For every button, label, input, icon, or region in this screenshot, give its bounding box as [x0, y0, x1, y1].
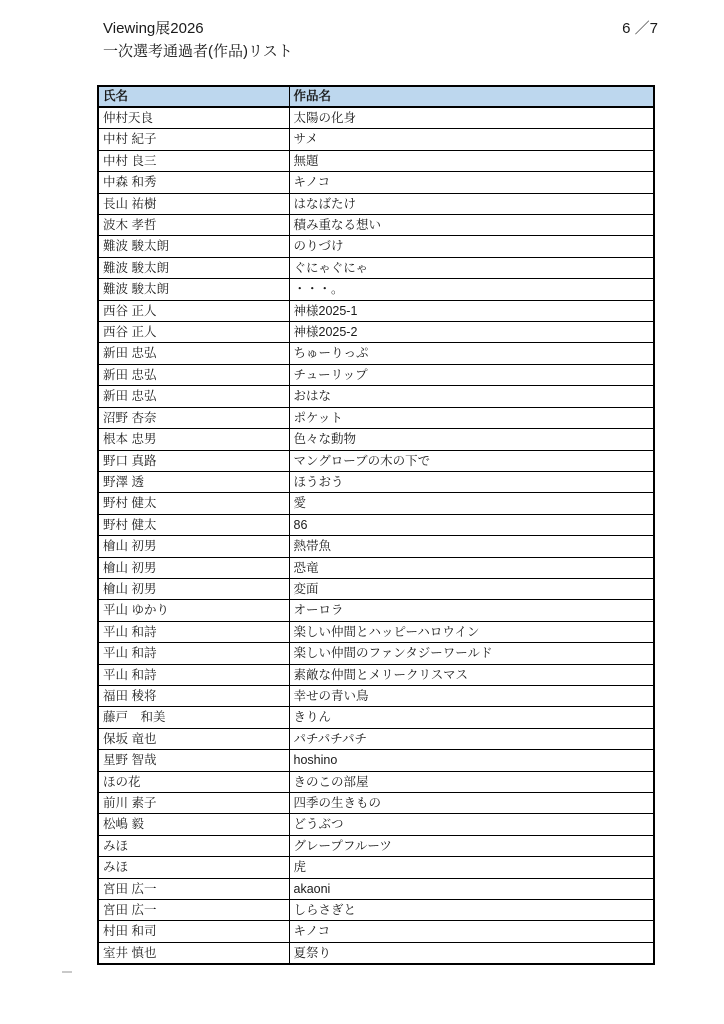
table-row: 難波 駿太朗 ぐにゃぐにゃ: [98, 257, 654, 278]
work-title-cell: しらさぎと: [289, 900, 654, 921]
work-title-cell: パチパチパチ: [289, 728, 654, 749]
table-row: 藤戸 和美 きりん: [98, 707, 654, 728]
table-row: 中村 紀子 サメ: [98, 129, 654, 150]
applicant-name-cell: 松嶋 毅: [98, 814, 289, 835]
work-title-cell: マングローブの木の下で: [289, 450, 654, 471]
work-title-cell: 変面: [289, 578, 654, 599]
table-row: 西谷 正人 神様2025-2: [98, 322, 654, 343]
work-title-cell: ほうおう: [289, 471, 654, 492]
applicant-name-cell: 西谷 正人: [98, 300, 289, 321]
applicant-name-cell: 室井 慎也: [98, 942, 289, 964]
applicant-name-cell: 野澤 透: [98, 471, 289, 492]
work-title-cell: 幸せの青い鳥: [289, 685, 654, 706]
applicant-name-cell: 西谷 正人: [98, 322, 289, 343]
applicant-name-cell: 福田 稜将: [98, 685, 289, 706]
work-title-cell: 神様2025-2: [289, 322, 654, 343]
table-row: 檜山 初男 熱帯魚: [98, 536, 654, 557]
work-title-cell: 積み重なる想い: [289, 215, 654, 236]
table-row: 仲村天良 太陽の化身: [98, 107, 654, 129]
work-title-cell: キノコ: [289, 921, 654, 942]
applicant-name-cell: 保坂 竜也: [98, 728, 289, 749]
applicants-table: 氏名 作品名 仲村天良 太陽の化身 中村 紀子 サメ 中村 良三 無題 中森 和…: [97, 85, 655, 965]
work-title-cell: ぐにゃぐにゃ: [289, 257, 654, 278]
applicant-name-cell: 平山 和詩: [98, 621, 289, 642]
applicant-name-cell: 野村 健太: [98, 514, 289, 535]
work-title-cell: 86: [289, 514, 654, 535]
table-row: 平山 ゆかり オーロラ: [98, 600, 654, 621]
work-title-cell: オーロラ: [289, 600, 654, 621]
work-title-cell: キノコ: [289, 172, 654, 193]
table-row: 檜山 初男 恐竜: [98, 557, 654, 578]
applicant-name-cell: 平山 和詩: [98, 664, 289, 685]
applicant-name-cell: 波木 孝哲: [98, 215, 289, 236]
work-title-cell: 夏祭り: [289, 942, 654, 964]
work-title-cell: サメ: [289, 129, 654, 150]
document-subtitle: 一次選考通過者(作品)リスト: [103, 43, 293, 61]
table-row: ほの花 きのこの部屋: [98, 771, 654, 792]
applicant-name-cell: ほの花: [98, 771, 289, 792]
table-row: 野村 健太 愛: [98, 493, 654, 514]
work-title-cell: 無題: [289, 150, 654, 171]
work-title-cell: きのこの部屋: [289, 771, 654, 792]
work-title-cell: ・・・。: [289, 279, 654, 300]
applicant-name-cell: 中村 紀子: [98, 129, 289, 150]
applicant-name-cell: 根本 忠男: [98, 429, 289, 450]
applicant-name-cell: 平山 ゆかり: [98, 600, 289, 621]
work-title-cell: はなばたけ: [289, 193, 654, 214]
applicant-name-cell: 中森 和秀: [98, 172, 289, 193]
applicant-name-cell: 宮田 広一: [98, 900, 289, 921]
scan-mark: [62, 971, 72, 973]
table-row: 福田 稜将 幸せの青い鳥: [98, 685, 654, 706]
table-row: 中森 和秀 キノコ: [98, 172, 654, 193]
table-row: 松嶋 毅 どうぶつ: [98, 814, 654, 835]
work-title-cell: のりづけ: [289, 236, 654, 257]
work-title-cell: 四季の生きもの: [289, 793, 654, 814]
table-row: 中村 良三 無題: [98, 150, 654, 171]
applicant-name-cell: 村田 和司: [98, 921, 289, 942]
work-title-cell: 熱帯魚: [289, 536, 654, 557]
applicant-name-cell: 檜山 初男: [98, 557, 289, 578]
table-row: 新田 忠弘 チューリップ: [98, 364, 654, 385]
table-row: 長山 祐樹 はなばたけ: [98, 193, 654, 214]
table-body: 仲村天良 太陽の化身 中村 紀子 サメ 中村 良三 無題 中森 和秀 キノコ 長…: [98, 107, 654, 964]
table-header-row: 氏名 作品名: [98, 86, 654, 107]
table-row: 保坂 竜也 パチパチパチ: [98, 728, 654, 749]
work-title-cell: 素敵な仲間とメリークリスマス: [289, 664, 654, 685]
work-title-cell: 神様2025-1: [289, 300, 654, 321]
work-title-cell: どうぶつ: [289, 814, 654, 835]
work-title-cell: 恐竜: [289, 557, 654, 578]
applicant-name-cell: 野口 真路: [98, 450, 289, 471]
applicant-name-cell: 檜山 初男: [98, 578, 289, 599]
work-title-cell: チューリップ: [289, 364, 654, 385]
applicant-name-cell: 難波 駿太朗: [98, 279, 289, 300]
table-row: 宮田 広一 しらさぎと: [98, 900, 654, 921]
work-title-cell: 虎: [289, 857, 654, 878]
table-row: 村田 和司 キノコ: [98, 921, 654, 942]
work-title-cell: グレープフルーツ: [289, 835, 654, 856]
table-row: 平山 和詩 楽しい仲間とハッピーハロウイン: [98, 621, 654, 642]
table-row: 前川 素子 四季の生きもの: [98, 793, 654, 814]
applicant-name-cell: 難波 駿太朗: [98, 236, 289, 257]
column-header-name: 氏名: [98, 86, 289, 107]
applicant-name-cell: 平山 和詩: [98, 643, 289, 664]
table-row: 難波 駿太朗 のりづけ: [98, 236, 654, 257]
applicant-name-cell: 沼野 杏奈: [98, 407, 289, 428]
applicant-name-cell: 難波 駿太朗: [98, 257, 289, 278]
applicant-name-cell: 野村 健太: [98, 493, 289, 514]
table-row: 星野 智哉 hoshino: [98, 750, 654, 771]
work-title-cell: 太陽の化身: [289, 107, 654, 129]
table-row: 檜山 初男 変面: [98, 578, 654, 599]
work-title-cell: ちゅーりっぷ: [289, 343, 654, 364]
table-row: みほ グレープフルーツ: [98, 835, 654, 856]
table-row: 宮田 広一 akaoni: [98, 878, 654, 899]
applicant-name-cell: 新田 忠弘: [98, 343, 289, 364]
applicant-name-cell: 星野 智哉: [98, 750, 289, 771]
table-row: 西谷 正人 神様2025-1: [98, 300, 654, 321]
applicant-name-cell: 新田 忠弘: [98, 364, 289, 385]
applicant-name-cell: 前川 素子: [98, 793, 289, 814]
applicant-name-cell: 新田 忠弘: [98, 386, 289, 407]
document-title: Viewing展2026: [103, 20, 204, 38]
work-title-cell: おはな: [289, 386, 654, 407]
table-row: 新田 忠弘 ちゅーりっぷ: [98, 343, 654, 364]
column-header-work: 作品名: [289, 86, 654, 107]
work-title-cell: 楽しい仲間とハッピーハロウイン: [289, 621, 654, 642]
applicant-name-cell: 檜山 初男: [98, 536, 289, 557]
work-title-cell: 愛: [289, 493, 654, 514]
table-row: みほ 虎: [98, 857, 654, 878]
table-row: 新田 忠弘 おはな: [98, 386, 654, 407]
work-title-cell: きりん: [289, 707, 654, 728]
table-row: 平山 和詩 楽しい仲間のファンタジーワールド: [98, 643, 654, 664]
work-title-cell: 楽しい仲間のファンタジーワールド: [289, 643, 654, 664]
applicant-name-cell: 藤戸 和美: [98, 707, 289, 728]
applicant-name-cell: みほ: [98, 857, 289, 878]
work-title-cell: ポケット: [289, 407, 654, 428]
work-title-cell: akaoni: [289, 878, 654, 899]
table-row: 沼野 杏奈 ポケット: [98, 407, 654, 428]
table-row: 野澤 透 ほうおう: [98, 471, 654, 492]
applicant-name-cell: 長山 祐樹: [98, 193, 289, 214]
document-page: { "page": { "title": "Viewing展2026", "su…: [0, 0, 724, 1024]
page-number: 6 ／7: [622, 20, 658, 38]
applicant-name-cell: みほ: [98, 835, 289, 856]
applicant-name-cell: 宮田 広一: [98, 878, 289, 899]
table-row: 野口 真路 マングローブの木の下で: [98, 450, 654, 471]
table-row: 室井 慎也 夏祭り: [98, 942, 654, 964]
work-title-cell: 色々な動物: [289, 429, 654, 450]
work-title-cell: hoshino: [289, 750, 654, 771]
applicant-name-cell: 中村 良三: [98, 150, 289, 171]
applicant-name-cell: 仲村天良: [98, 107, 289, 129]
table-row: 波木 孝哲 積み重なる想い: [98, 215, 654, 236]
table-row: 平山 和詩 素敵な仲間とメリークリスマス: [98, 664, 654, 685]
table-row: 根本 忠男 色々な動物: [98, 429, 654, 450]
table-row: 野村 健太 86: [98, 514, 654, 535]
table-row: 難波 駿太朗 ・・・。: [98, 279, 654, 300]
